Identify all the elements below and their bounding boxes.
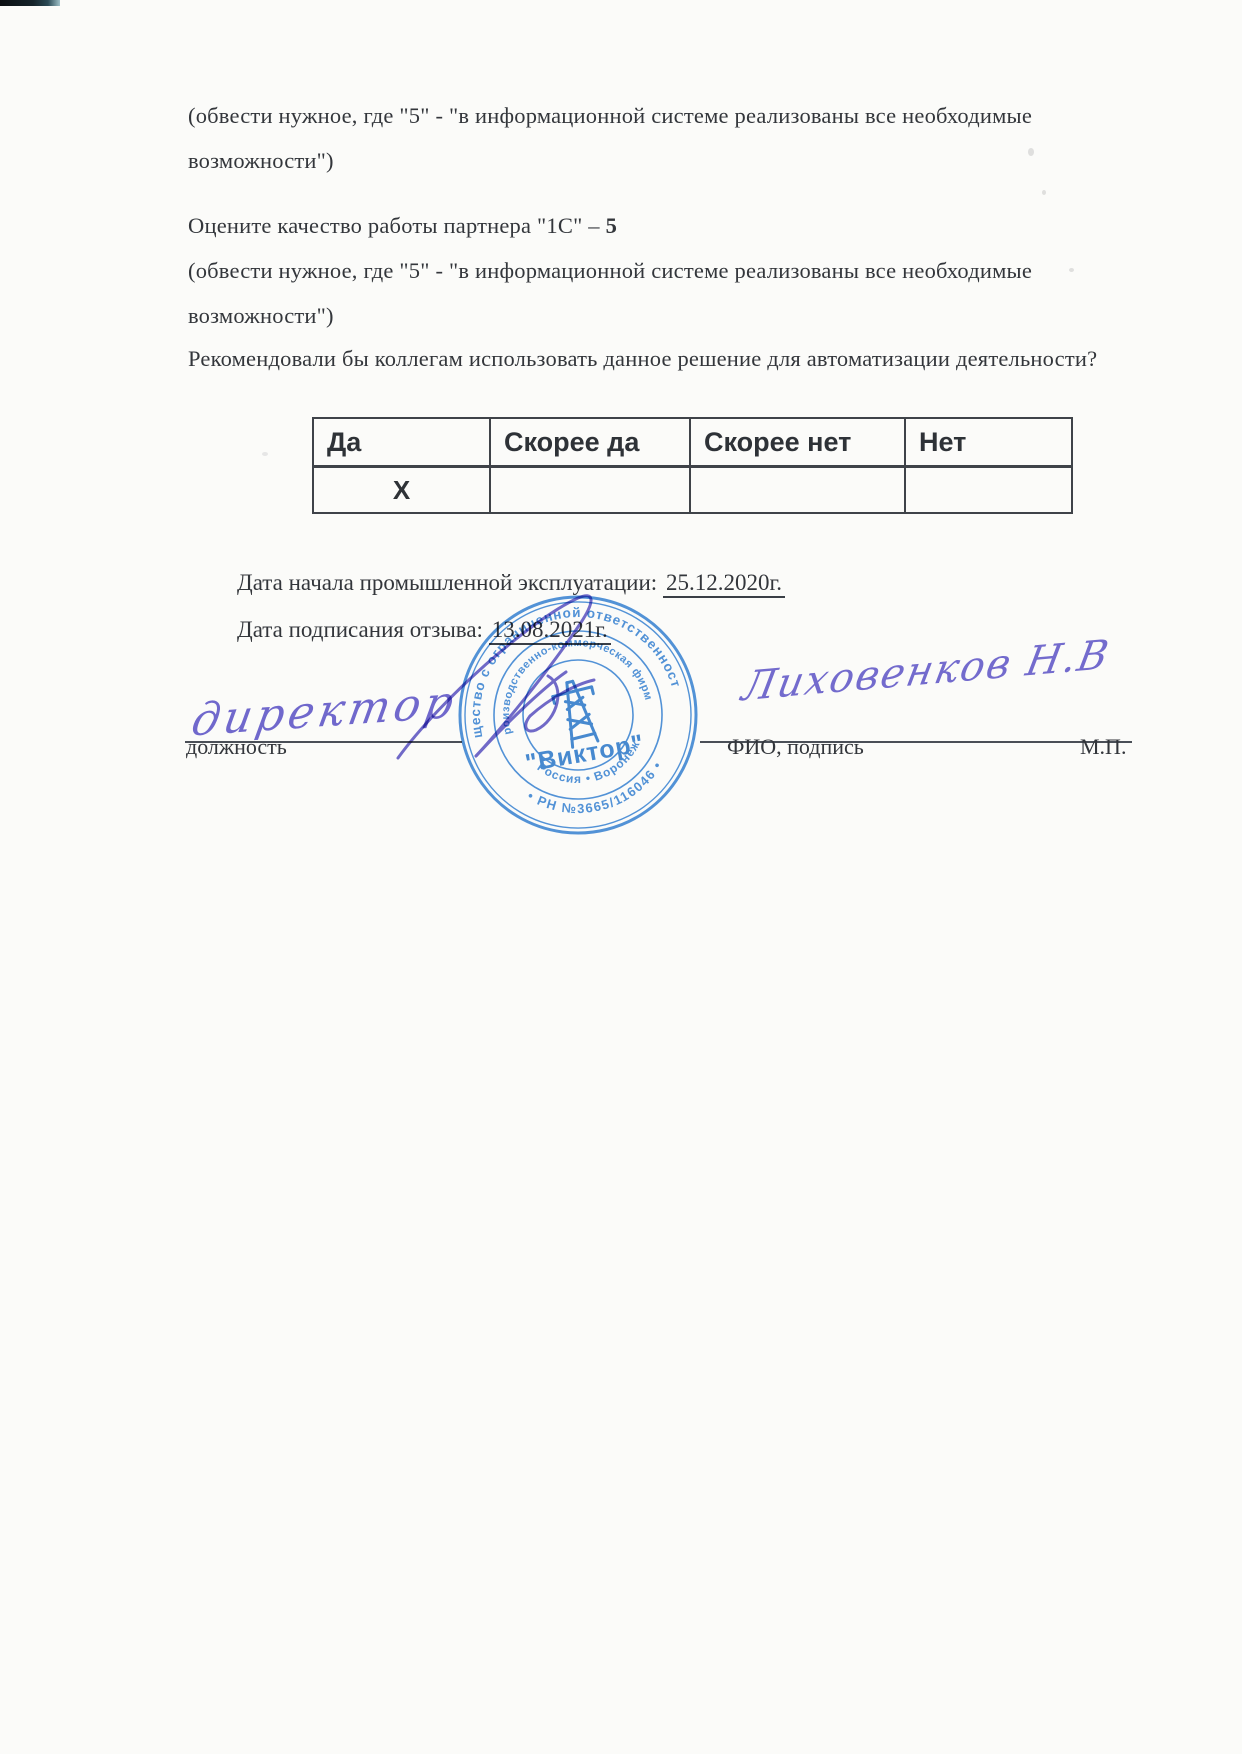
header-cell-rather-yes: Скорее да bbox=[490, 418, 690, 467]
answer-cell-rather-yes bbox=[490, 467, 690, 514]
answer-cell-rather-no bbox=[690, 467, 905, 514]
header-cell-no: Нет bbox=[905, 418, 1072, 467]
note-line-2: возможности") bbox=[188, 147, 334, 175]
rate-partner-text: Оцените качество работы партнера "1С" – bbox=[188, 213, 606, 238]
mp-label: М.П. bbox=[1080, 734, 1126, 760]
position-label: должность bbox=[186, 734, 287, 760]
rate-partner-score: 5 bbox=[606, 213, 617, 238]
rate-partner-line: Оцените качество работы партнера "1С" – … bbox=[188, 212, 617, 240]
paper-speck bbox=[1069, 268, 1074, 272]
paper-speck bbox=[262, 452, 268, 456]
recommend-answer-table: Да Скорее да Скорее нет Нет X bbox=[312, 417, 1073, 514]
note-line-1: (обвести нужное, где "5" - "в информацио… bbox=[188, 102, 1032, 130]
header-cell-yes: Да bbox=[313, 418, 490, 467]
paper-speck bbox=[1042, 190, 1046, 195]
handwritten-signature-flourish bbox=[380, 580, 800, 840]
table-header-row: Да Скорее да Скорее нет Нет bbox=[313, 418, 1072, 467]
answer-cell-no bbox=[905, 467, 1072, 514]
recommend-question: Рекомендовали бы коллегам использовать д… bbox=[188, 345, 1097, 373]
table-answer-row: X bbox=[313, 467, 1072, 514]
scanned-document-page: (обвести нужное, где "5" - "в информацио… bbox=[0, 0, 1242, 1754]
paper-speck bbox=[1028, 148, 1034, 156]
note-line-1-repeat: (обвести нужное, где "5" - "в информацио… bbox=[188, 257, 1032, 285]
header-cell-rather-no: Скорее нет bbox=[690, 418, 905, 467]
answer-cell-yes-marked: X bbox=[313, 467, 490, 514]
note-line-2-repeat: возможности") bbox=[188, 302, 334, 330]
scan-artifact-mark bbox=[0, 0, 60, 6]
